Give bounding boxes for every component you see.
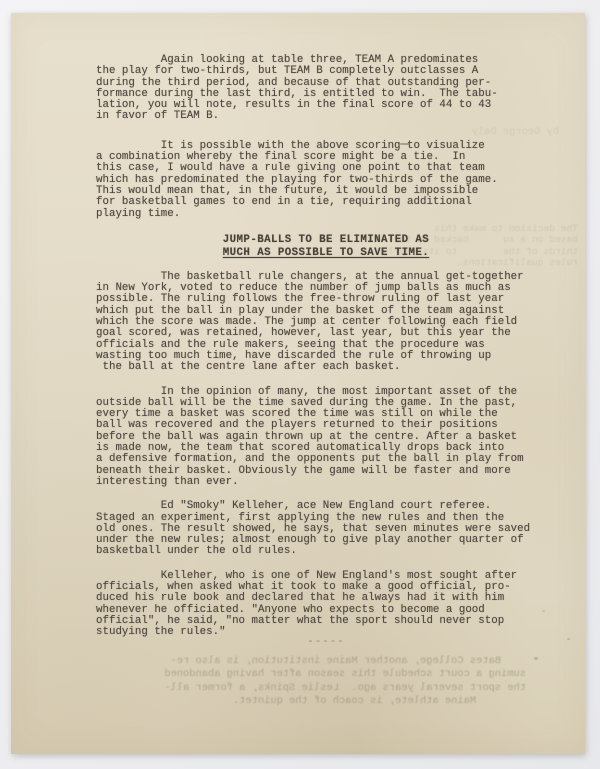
ghost-text-line: Maine athlete, is coach of the quintet. [96,695,526,708]
document-body: Again looking at table three, TEAM A pre… [96,55,556,649]
ghost-text-line: Bates College, another Maine institution… [96,655,526,668]
heading-line: MUCH AS POSSIBLE TO SAVE TIME. [96,247,556,261]
scanned-paper-page: by George Daly The decision to make this… [11,13,585,754]
paragraph: Kelleher, who is one of New England's mo… [96,571,556,639]
text-line: Ed "Smoky" Kelleher, ace New England cou… [96,501,556,512]
text-line: a defensive formation, and the opponents… [96,454,556,465]
ink-speck [567,638,570,640]
ghost-text-line: the sport several years ago. Leslie Spin… [96,682,526,695]
text-line: for basketball games to end in a tie, re… [96,197,556,208]
heading: JUMP-BALLS TO BE ELIMINATED ASMUCH AS PO… [96,234,556,261]
text-line: the ball at the centre lane after each b… [96,362,556,373]
paragraph: Ed "Smoky" Kelleher, ace New England cou… [96,501,556,557]
ink-speck [400,143,409,145]
paragraph: In the opinion of many, the most importa… [96,387,556,489]
text-line: in favor of TEAM B. [96,111,556,122]
text-line: this case, I would have a rule giving on… [96,163,556,174]
heading-line: JUMP-BALLS TO BE ELIMINATED AS [96,234,556,248]
text-line: basketball under the old rules. [96,546,556,557]
text-line: interesting than ever. [96,477,556,488]
ink-speck [542,610,545,612]
text-line: duced his rule book and declared that he… [96,593,556,604]
text-line: ----- [96,637,556,648]
paragraph: Again looking at table three, TEAM A pre… [96,55,556,123]
bleed-through-paragraph: Bates College, another Maine institution… [96,655,526,709]
divider: ----- [96,637,556,648]
text-line: goal scored, was retained, however, last… [96,328,556,339]
paragraph: It is possible with the above scoring to… [96,141,556,220]
text-line: the play for two-thirds, but TEAM B comp… [96,66,556,77]
paragraph: The basketball rule changers, at the ann… [96,272,556,374]
ghost-text-line: suming a court schedule this season afte… [96,668,526,681]
ink-speck [534,657,538,660]
text-line: playing time. [96,209,556,220]
